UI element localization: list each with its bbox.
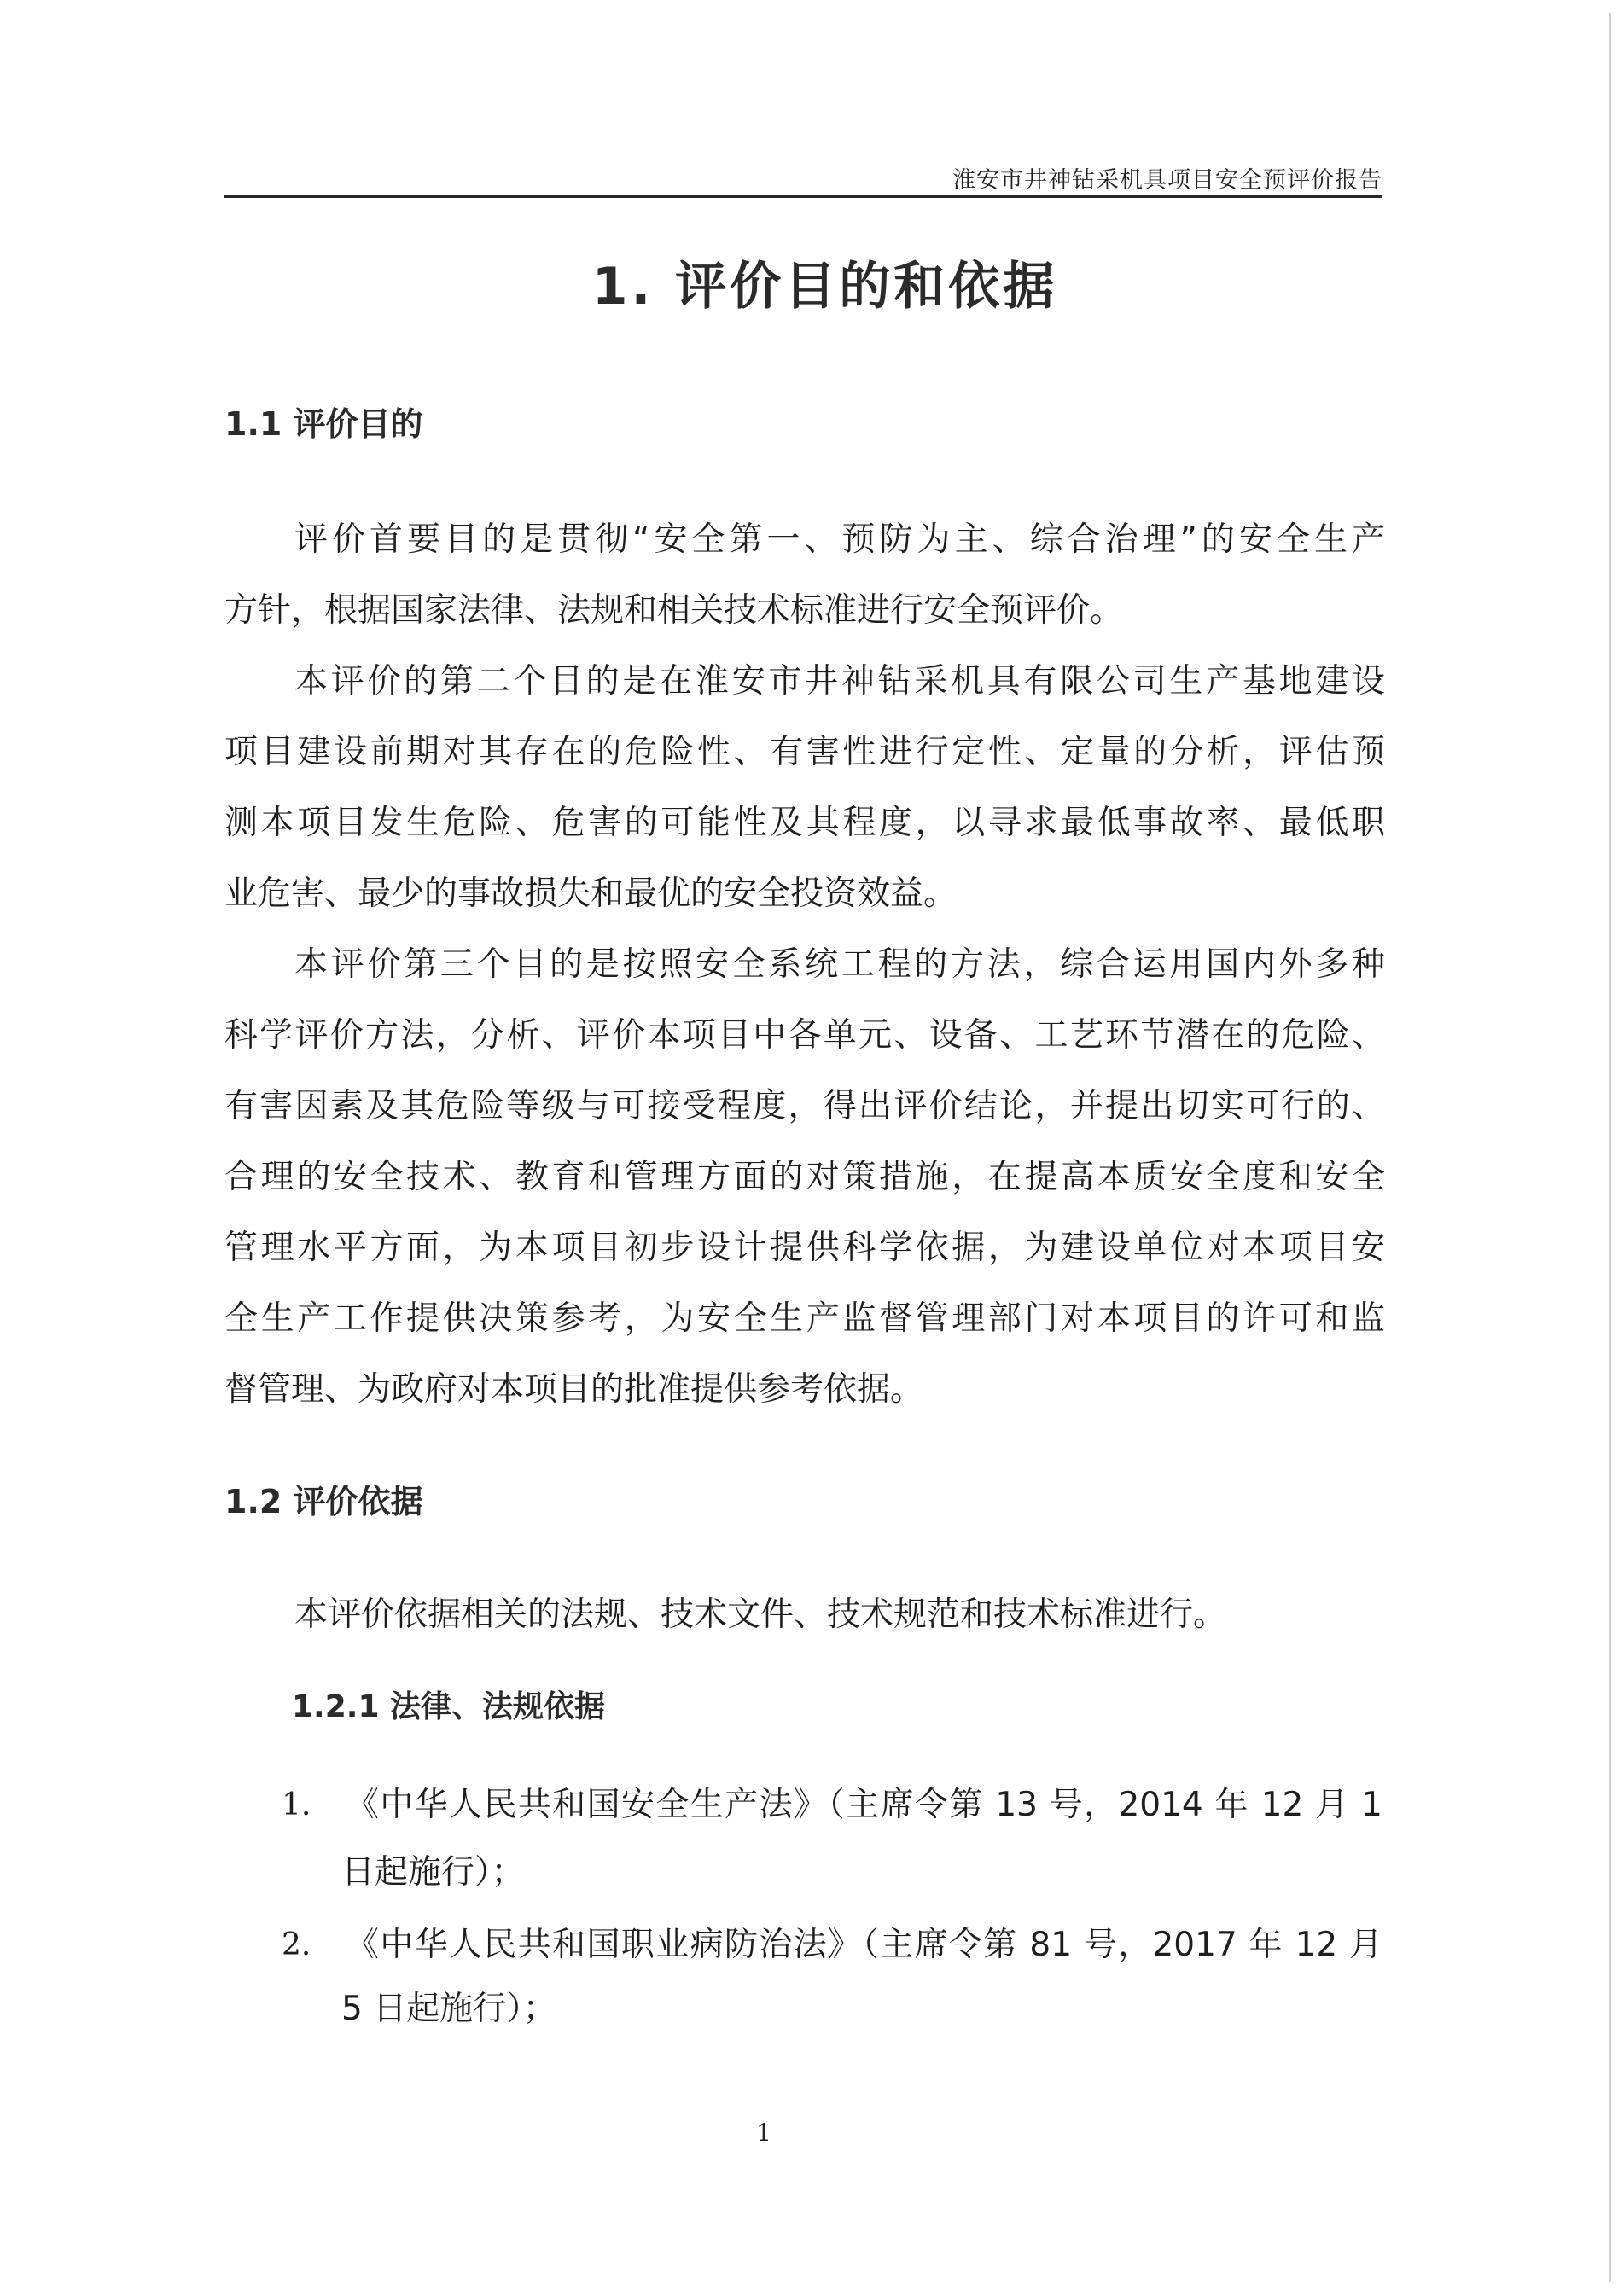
scan-edge-line [1609, 13, 1611, 2282]
paragraph-3-line-2: 科学评价方法，分析、评价本项目中各单元、设备、工艺环节潜在的危险、 [224, 1016, 1385, 1055]
list-item-line-2: 日起施行）； [341, 1853, 1378, 1892]
paragraph-3-line-3: 有害因素及其危险等级与可接受程度，得出评价结论，并提出切实可行的、 [224, 1087, 1385, 1126]
page-number: 1 [0, 2116, 1528, 2150]
paragraph-2-line-4: 业危害、最少的事故损失和最优的安全投资效益。 [224, 875, 1385, 914]
paragraph-1-line-2: 方针，根据国家法律、法规和相关技术标准进行安全预评价。 [224, 591, 1385, 631]
list-item-line-2: 5 日起施行）； [341, 1990, 1378, 2029]
section-1-2-intro: 本评价依据相关的法规、技术文件、技术规范和技术标准进行。 [294, 1596, 1385, 1635]
paragraph-2-line-3: 测本项目发生危险、危害的可能性及其程度，以寻求最低事故率、最低职 [224, 804, 1385, 843]
subsection-heading-1-2-1: 1.2.1 法律、法规依据 [292, 1688, 605, 1727]
paragraph-3-line-5: 管理水平方面，为本项目初步设计提供科学依据，为建设单位对本项目安 [224, 1229, 1385, 1268]
header-rule [224, 195, 1382, 198]
chapter-title: 1. 评价目的和依据 [0, 254, 1624, 319]
list-item-line-1: 《中华人民共和国安全生产法》（主席令第 13 号，2014 年 12 月 1 [346, 1786, 1382, 1825]
list-item-line-1: 《中华人民共和国职业病防治法》（主席令第 81 号，2017 年 12 月 [346, 1926, 1382, 1965]
paragraph-3-line-1: 本评价第三个目的是按照安全系统工程的方法，综合运用国内外多种 [294, 945, 1385, 985]
paragraph-3-line-6: 全生产工作提供决策参考，为安全生产监督管理部门对本项目的许可和监 [224, 1299, 1385, 1339]
list-item-number: 2. [282, 1926, 311, 1965]
section-heading-1-1: 1.1 评价目的 [224, 404, 423, 444]
paragraph-2-line-1: 本评价的第二个目的是在淮安市井神钻采机具有限公司生产基地建设 [294, 662, 1385, 701]
paragraph-3-line-4: 合理的安全技术、教育和管理方面的对策措施，在提高本质安全度和安全 [224, 1158, 1385, 1197]
paragraph-3-line-7: 督管理、为政府对本项目的批准提供参考依据。 [224, 1370, 1385, 1410]
paragraph-1-line-1: 评价首要目的是贯彻“安全第一、预防为主、综合治理”的安全生产 [294, 520, 1385, 560]
running-header: 淮安市井神钻采机具项目安全预评价报告 [224, 167, 1382, 195]
section-heading-1-2: 1.2 评价依据 [224, 1482, 423, 1521]
list-item-number: 1. [282, 1786, 311, 1825]
paragraph-2-line-2: 项目建设前期对其存在的危险性、有害性进行定性、定量的分析，评估预 [224, 733, 1385, 772]
